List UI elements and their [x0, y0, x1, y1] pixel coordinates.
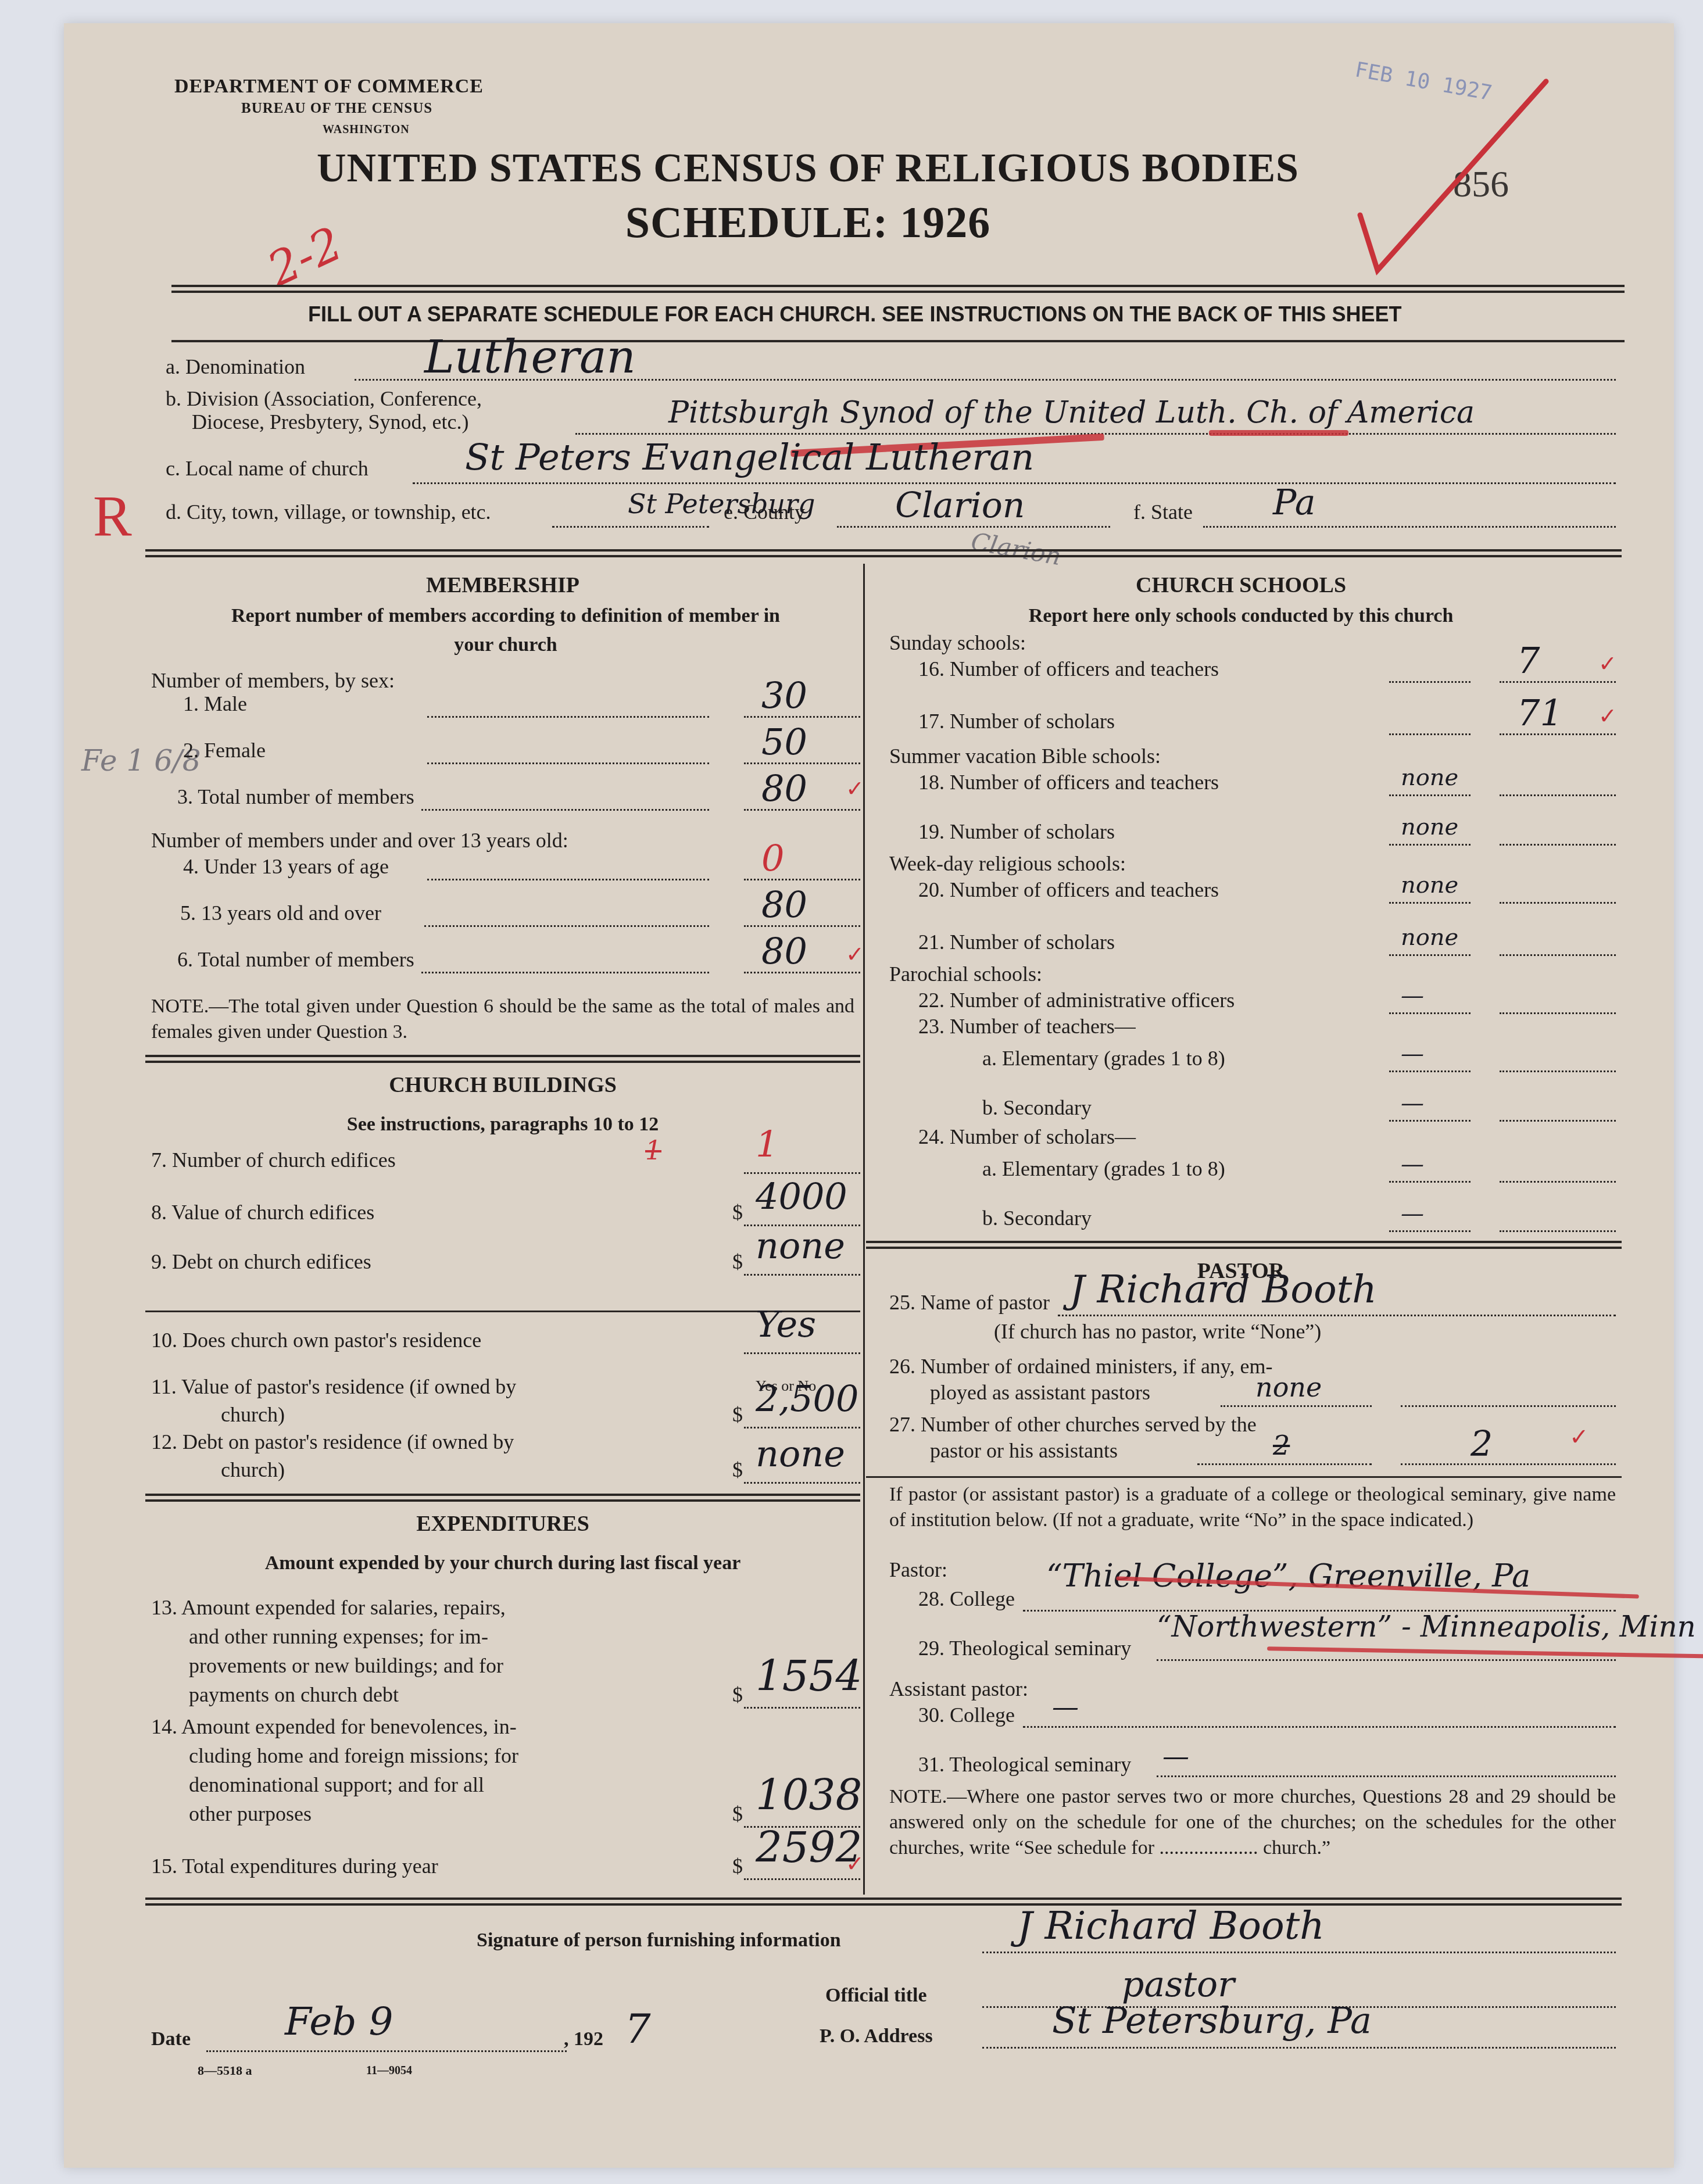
asst-seminary-field[interactable]: —: [1162, 1741, 1189, 1772]
year-prefix: , 192: [564, 2028, 603, 2050]
schools-heading: CHURCH SCHOOLS: [866, 572, 1616, 598]
expenditure-answer-line: [744, 1707, 860, 1709]
membership-item-value[interactable]: 50: [761, 721, 807, 763]
other-churches-crossed: 2: [1273, 1430, 1290, 1461]
expenditure-item-label: other purposes: [189, 1802, 312, 1826]
membership-note: NOTE.—The total given under Question 6 s…: [151, 994, 854, 1045]
membership-item-label: 2. Female: [183, 738, 266, 762]
membership-item-line: [427, 879, 709, 880]
members-by-sex-label: Number of members, by sex:: [151, 668, 395, 693]
date-label: Date: [151, 2028, 191, 2050]
membership-rule: [145, 1055, 860, 1063]
column-divider: [863, 564, 865, 1895]
pastor-seminary-field[interactable]: “Northwestern” - Minneapolis, Minn: [1157, 1610, 1696, 1644]
department-name: DEPARTMENT OF COMMERCE: [174, 76, 484, 98]
city-line: [552, 526, 709, 528]
school-answer-line-a: [1389, 844, 1471, 846]
membership-item-line: [427, 716, 709, 718]
building-answer-line: [744, 1427, 860, 1428]
school-answer-line-b: [1500, 1120, 1616, 1122]
seminary-label: 29. Theological seminary: [918, 1636, 1131, 1660]
buildings-heading: CHURCH BUILDINGS: [145, 1072, 860, 1098]
assistant-pastors-field[interactable]: none: [1255, 1372, 1322, 1403]
school-answer-line-b: [1500, 1070, 1616, 1072]
other-churches-field[interactable]: 2: [1471, 1424, 1493, 1465]
q27-label-1: 27. Number of other churches served by t…: [889, 1412, 1257, 1437]
year-field[interactable]: 7: [625, 2005, 651, 2053]
pastor-name-field[interactable]: J Richard Booth: [1069, 1267, 1377, 1312]
building-item-value[interactable]: 4000: [756, 1175, 847, 1218]
expenditure-item-label: 13. Amount expended for salaries, repair…: [151, 1595, 506, 1620]
school-item-value[interactable]: —: [1401, 1040, 1424, 1067]
signature-line: [982, 1952, 1616, 1953]
date-field[interactable]: Feb 9: [285, 1999, 393, 2044]
dollar-sign: $: [732, 1200, 743, 1225]
red-underline-mark-2: [1209, 430, 1348, 436]
schools-rule: [866, 1241, 1622, 1249]
membership-item-line: [421, 809, 709, 811]
membership-item-value[interactable]: 80: [761, 883, 807, 926]
membership-item-label: 5. 13 years old and over: [180, 901, 381, 925]
expenditure-item-label: 14. Amount expended for benevolences, in…: [151, 1714, 517, 1739]
school-answer-line-a: [1389, 1230, 1471, 1232]
membership-item-value[interactable]: 30: [761, 674, 807, 717]
po-address-label: P. O. Address: [820, 2025, 933, 2047]
red-margin-letter: R: [93, 482, 132, 549]
school-answer-line-b: [1500, 1012, 1616, 1014]
red-tick-icon: ✓: [846, 776, 864, 801]
school-item-label: b. Secondary: [982, 1206, 1092, 1230]
red-tick-icon: ✓: [846, 941, 864, 967]
red-tick-icon: ✓: [1598, 703, 1617, 729]
summer-schools-label: Summer vacation Bible schools:: [889, 744, 1161, 768]
asst-college-line: [1023, 1726, 1616, 1728]
denomination-label: a. Denomination: [166, 355, 305, 379]
q27-line: [1197, 1463, 1372, 1465]
dollar-sign: $: [732, 1458, 743, 1482]
membership-item-value[interactable]: 80: [761, 767, 807, 810]
q26-line-2: [1401, 1405, 1616, 1407]
college-label: 28. College: [918, 1587, 1015, 1611]
school-item-value[interactable]: none: [1401, 872, 1458, 898]
age-group-label: Number of members under and over 13 year…: [151, 828, 568, 853]
asst-college-label: 30. College: [918, 1703, 1015, 1727]
signature-label: Signature of person furnishing informati…: [477, 1929, 841, 1952]
building-item-label: 10. Does church own pastor's residence: [151, 1328, 481, 1352]
membership-item-value[interactable]: 0: [761, 837, 784, 879]
no-pastor-hint: (If church has no pastor, write “None”): [994, 1319, 1321, 1344]
school-item-value[interactable]: —: [1401, 1151, 1424, 1177]
building-item-label: 7. Number of church edifices: [151, 1148, 396, 1172]
schools-subtitle: Report here only schools conducted by th…: [866, 602, 1616, 631]
dollar-sign: $: [732, 1682, 743, 1707]
form-schedule-year: SCHEDULE: 1926: [227, 198, 1389, 248]
fill-out-instructions: FILL OUT A SEPARATE SCHEDULE FOR EACH CH…: [308, 302, 1401, 327]
building-item-label-2: church): [221, 1402, 285, 1427]
expenditure-item-label: provements or new buildings; and for: [189, 1653, 503, 1678]
dollar-sign: $: [732, 1402, 743, 1427]
state-label: f. State: [1133, 500, 1193, 524]
po-address-line: [982, 2047, 1616, 2049]
school-item-value[interactable]: none: [1401, 814, 1458, 840]
school-item-value[interactable]: 71: [1517, 692, 1563, 734]
bureau-city: WASHINGTON: [323, 123, 410, 137]
school-answer-line-a: [1389, 902, 1471, 904]
header-rule: [171, 285, 1625, 293]
membership-item-label: 1. Male: [183, 692, 247, 716]
school-answer-line-b: [1500, 902, 1616, 904]
membership-item-line: [427, 762, 709, 764]
pastor-mid-rule: [866, 1476, 1622, 1478]
building-item-value[interactable]: 2,500: [756, 1377, 859, 1420]
q27-line-2: [1401, 1463, 1616, 1465]
school-item-label: b. Secondary: [982, 1095, 1092, 1120]
expenditure-answer-line: [744, 1878, 860, 1880]
red-tick-icon: ✓: [1569, 1424, 1589, 1451]
school-item-label: 16. Number of officers and teachers: [918, 657, 1219, 681]
assistant-pastor-label: Assistant pastor:: [889, 1677, 1028, 1701]
instruction-rule: [171, 340, 1625, 342]
form-title: UNITED STATES CENSUS OF RELIGIOUS BODIES: [227, 145, 1389, 192]
division-field[interactable]: Pittsburgh Synod of the United Luth. Ch.…: [668, 395, 1475, 430]
building-answer-line: [744, 1274, 860, 1276]
local-name-field[interactable]: St Peters Evangelical Lutheran: [465, 436, 1034, 478]
red-strikethrough-2: [1267, 1646, 1703, 1659]
red-tick-icon: ✓: [846, 1851, 864, 1877]
school-item-label: 17. Number of scholars: [918, 709, 1115, 733]
po-address-field[interactable]: St Petersburg, Pa: [1052, 1999, 1372, 2042]
q26-label-1: 26. Number of ordained ministers, if any…: [889, 1354, 1273, 1379]
building-item-value[interactable]: none: [756, 1225, 845, 1267]
school-item-value[interactable]: none: [1401, 924, 1458, 951]
expenditures-subtitle: Amount expended by your church during la…: [145, 1549, 860, 1578]
dollar-sign: $: [732, 1249, 743, 1274]
signature-field[interactable]: J Richard Booth: [1017, 1903, 1325, 1948]
membership-item-label: 6. Total number of members: [177, 947, 414, 972]
building-item-label: 12. Debt on pastor's residence (if owned…: [151, 1430, 514, 1454]
expenditure-item-value[interactable]: 1554: [756, 1652, 862, 1700]
local-name-line: [413, 482, 1616, 484]
building-answer-line: [744, 1352, 860, 1354]
building-item-label: 11. Value of pastor's residence (if owne…: [151, 1374, 516, 1399]
school-item-label: a. Elementary (grades 1 to 8): [982, 1046, 1225, 1070]
q26-label-2: ployed as assistant pastors: [930, 1380, 1150, 1405]
membership-subtitle: Report number of members according to de…: [215, 602, 796, 660]
expenditures-heading: EXPENDITURES: [145, 1511, 860, 1537]
school-answer-line-b: [1500, 954, 1616, 956]
county-label: e. County: [724, 500, 805, 524]
red-tick-icon: ✓: [1598, 651, 1617, 676]
school-item-label: 22. Number of administrative officers: [918, 988, 1235, 1012]
city-label: d. City, town, village, or township, etc…: [166, 500, 491, 524]
buildings-rule: [145, 1494, 860, 1502]
school-answer-line-a: [1389, 794, 1471, 796]
expenditure-item-label: denominational support; and for all: [189, 1773, 484, 1797]
building-item-value[interactable]: Yes: [756, 1303, 816, 1345]
division-label-2: Diocese, Presbytery, Synod, etc.): [192, 410, 469, 434]
pastor-name-label: 25. Name of pastor: [889, 1290, 1050, 1315]
school-item-value[interactable]: —: [1401, 1200, 1424, 1227]
graduate-instruction: If pastor (or assistant pastor) is a gra…: [889, 1482, 1616, 1533]
expenditures-rule: [145, 1897, 1622, 1906]
print-number: 11—9054: [366, 2064, 412, 2078]
building-item-value[interactable]: none: [756, 1433, 845, 1475]
school-item-label: 18. Number of officers and teachers: [918, 770, 1219, 794]
building-answer-line: [744, 1172, 860, 1174]
state-field[interactable]: Pa: [1273, 482, 1315, 523]
school-answer-line-a: [1389, 1070, 1471, 1072]
school-answer-line-b: [1500, 1181, 1616, 1183]
building-item-label: 9. Debt on church edifices: [151, 1249, 371, 1274]
seminary-line: [1157, 1659, 1616, 1661]
membership-item-label: 3. Total number of members: [177, 785, 414, 809]
school-answer-line-a: [1389, 733, 1471, 735]
local-name-label: c. Local name of church: [166, 456, 368, 481]
weekday-schools-label: Week-day religious schools:: [889, 851, 1126, 876]
membership-item-value[interactable]: 80: [761, 930, 807, 972]
dollar-sign: $: [732, 1802, 743, 1826]
building-item-value[interactable]: 1: [756, 1123, 778, 1165]
school-answer-line-b: [1500, 794, 1616, 796]
school-item-label: 19. Number of scholars: [918, 819, 1115, 844]
school-item-value[interactable]: 7: [1517, 639, 1540, 682]
building-item-label: 8. Value of church edifices: [151, 1200, 374, 1225]
bureau-name: BUREAU OF THE CENSUS: [241, 101, 432, 117]
school-answer-line-a: [1389, 1181, 1471, 1183]
membership-heading: MEMBERSHIP: [145, 572, 860, 598]
school-answer-line-a: [1389, 1120, 1471, 1122]
school-item-value[interactable]: none: [1401, 764, 1458, 791]
form-number: 8—5518 a: [198, 2063, 252, 2078]
buildings-subtitle: See instructions, paragraphs 10 to 12: [145, 1110, 860, 1139]
membership-item-line: [421, 972, 709, 973]
school-item-value[interactable]: —: [1401, 982, 1424, 1009]
pastor-note: NOTE.—Where one pastor serves two or mor…: [889, 1784, 1616, 1861]
school-item-label: 24. Number of scholars—: [918, 1125, 1136, 1149]
school-answer-line-b: [1500, 844, 1616, 846]
school-item-label: 23. Number of teachers—: [918, 1014, 1136, 1039]
sunday-schools-label: Sunday schools:: [889, 631, 1026, 655]
division-label-1: b. Division (Association, Conference,: [166, 386, 482, 411]
buildings-mid-rule: [145, 1311, 860, 1312]
school-answer-line-a: [1389, 681, 1471, 683]
expenditure-item-value[interactable]: 1038: [756, 1771, 862, 1820]
school-item-label: 20. Number of officers and teachers: [918, 878, 1219, 902]
expenditure-item-label: 15. Total expenditures during year: [151, 1854, 438, 1878]
expenditure-item-label: payments on church debt: [189, 1682, 399, 1707]
asst-seminary-label: 31. Theological seminary: [918, 1752, 1131, 1777]
school-item-value[interactable]: —: [1401, 1090, 1424, 1116]
school-answer-line-b: [1500, 1230, 1616, 1232]
school-item-label: a. Elementary (grades 1 to 8): [982, 1157, 1225, 1181]
school-answer-line-a: [1389, 954, 1471, 956]
crossed-value: 1: [645, 1136, 661, 1166]
dollar-sign: $: [732, 1854, 743, 1878]
expenditure-item-label: cluding home and foreign missions; for: [189, 1743, 518, 1768]
membership-item-line: [424, 925, 709, 927]
parochial-schools-label: Parochial schools:: [889, 962, 1042, 986]
building-item-label-2: church): [221, 1458, 285, 1482]
pastor-name-line: [1058, 1315, 1616, 1316]
asst-college-field[interactable]: —: [1052, 1691, 1079, 1723]
membership-item-label: 4. Under 13 years of age: [183, 854, 389, 879]
denomination-field[interactable]: Lutheran: [424, 331, 636, 384]
q27-label-2: pastor or his assistants: [930, 1438, 1118, 1463]
expenditure-item-label: and other running expenses; for im-: [189, 1624, 488, 1649]
official-title-label: Official title: [825, 1985, 927, 2007]
census-schedule-form: DEPARTMENT OF COMMERCE BUREAU OF THE CEN…: [64, 23, 1674, 2168]
school-answer-line-a: [1389, 1012, 1471, 1014]
q26-line: [1221, 1405, 1372, 1407]
school-item-label: 21. Number of scholars: [918, 930, 1115, 954]
state-line: [1203, 526, 1616, 528]
identification-rule: [145, 549, 1622, 557]
asst-seminary-line: [1157, 1775, 1616, 1777]
date-line: [206, 2050, 567, 2052]
building-answer-line: [744, 1482, 860, 1484]
county-field[interactable]: Clarion: [895, 485, 1025, 526]
pastor-edu-label: Pastor:: [889, 1558, 947, 1582]
